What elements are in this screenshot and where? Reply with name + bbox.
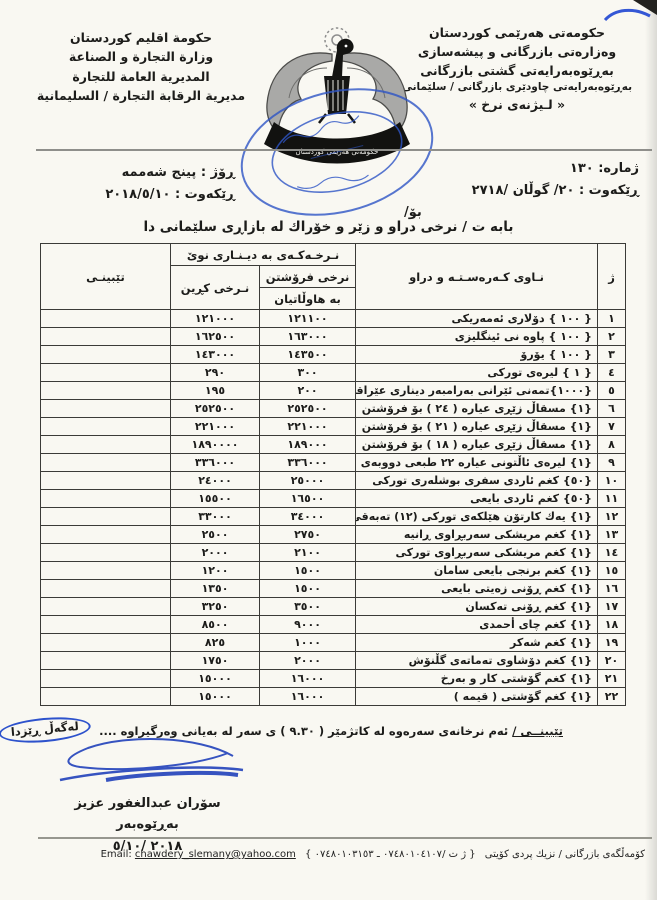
sell-price-cell: ١٥٠٠ [260,580,356,598]
price-table: ژ نـاوى كـەرەسـتـە و دراو نـرخـەكـەى بە … [40,243,626,706]
buy-price-cell: ٣٢٥٠ [171,598,260,616]
footer-address: كۆمەڵگەى بازرگانى / نزيك پردى كۆيتى [485,849,645,860]
col-header-name: نـاوى كـەرەسـتـە و دراو [356,244,598,310]
footer-phones: { ژ ت /٠٧٤٨٠١٠٤١٠٧ ـ ٠٧٤٨٠١٠٣١٥٣ } [305,849,476,860]
buy-price-cell: ٨٥٠٠ [171,616,260,634]
row-number-cell: ٢ [598,328,626,346]
sell-price-cell: ١٦٠٠٠ [260,688,356,706]
table-row: ١٦ {١} كغم ڕۆنى زەيتى بايعى ١٥٠٠ ١٣٥٠ [41,580,626,598]
table-row: ٢٢ {١} كغم گۆشتى ( قيمه ) ١٦٠٠٠ ١٥٠٠٠ [41,688,626,706]
item-name-cell: {١} كغم گۆشتى ( قيمه ) [356,688,598,706]
row-number-cell: ١٧ [598,598,626,616]
sell-price-cell: ٣٥٠٠ [260,598,356,616]
table-row: ٩ {١} ليرەى ئاڵتونى عياره ٢٢ طبعى دووبەى… [41,454,626,472]
buy-price-cell: ٢٥٠٠ [171,526,260,544]
row-number-cell: ٣ [598,346,626,364]
item-name-cell: { ١٠٠ } دۆلارى ئەمەريكى [356,310,598,328]
col-header-price-group: نـرخـەكـەى بە ديـنـارى نوێ [171,244,356,266]
item-name-cell: {١} كغم گۆشتى كار و بەرخ [356,670,598,688]
row-number-cell: ١ [598,310,626,328]
letterhead-kurdish-line: حكومەتى هەرێمى كوردستان [389,24,645,43]
row-number-cell: ١٤ [598,544,626,562]
note-cell [41,400,171,418]
note-cell [41,418,171,436]
row-number-cell: ١٩ [598,634,626,652]
table-row: ٢٠ {١} كغم دۆشاوى تەماتەى گڵنۆش ٢٠٠٠ ١٧٥… [41,652,626,670]
footnote-label: تێبينــى / [512,724,563,738]
row-number-cell: ٢١ [598,670,626,688]
sell-price-cell: ٢٧٥٠ [260,526,356,544]
row-number-cell: ٩ [598,454,626,472]
item-name-cell: {١٠٠٠}تمەنى ئێرانى بەرامبەر دينارى عێراق… [356,382,598,400]
item-name-cell: {١} كغم برنجى بايعى سامان [356,562,598,580]
signature-scribble [48,730,248,796]
sell-price-cell: ١٥٠٠ [260,562,356,580]
note-cell [41,490,171,508]
buy-price-cell: ١٥٥٠٠ [171,490,260,508]
note-cell [41,436,171,454]
note-cell [41,472,171,490]
letterhead-arabic: حكومة اقليم كوردستان وزارة التجارة و الص… [26,28,256,106]
pen-mark-icon [603,4,653,26]
item-name-cell: { ١٠٠ } پاوە نى ئينگليزى [356,328,598,346]
date-block: ڕۆژ : پينج شەممە ڕێكەوت : ٢٠١٨/٥/١٠ [50,162,235,206]
row-number-cell: ١٢ [598,508,626,526]
col-header-no: ژ [598,244,626,310]
sell-price-cell: ١٤٣٥٠٠ [260,346,356,364]
row-number-cell: ٨ [598,436,626,454]
row-number-cell: ١١ [598,490,626,508]
buy-price-cell: ١٩٥ [171,382,260,400]
table-row: ٨ {١} مسقاڵ زێڕى عياره ( ١٨ ) بۆ فرۆشتن … [41,436,626,454]
letterhead-arabic-line: وزارة التجارة و الصناعة [26,47,256,66]
note-cell [41,346,171,364]
note-cell [41,580,171,598]
note-cell [41,328,171,346]
letterhead-arabic-line: المديرية العامة للتجارة [26,67,256,86]
footer-contact: كۆمەڵگەى بازرگانى / نزيك پردى كۆيتى { ژ … [92,849,645,860]
note-cell [41,508,171,526]
sell-price-cell: ١٠٠٠ [260,634,356,652]
buy-price-cell: ٢٢١٠٠٠ [171,418,260,436]
row-number-cell: ٢٠ [598,652,626,670]
page-title: بابه ت / نرخى دراو و زێر و خۆراك له بازا… [0,219,657,235]
row-number-cell: ٤ [598,364,626,382]
sell-price-cell: ٢٠٠٠ [260,652,356,670]
row-number-cell: ١٥ [598,562,626,580]
buy-price-cell: ٣٣٠٠٠ [171,508,260,526]
sell-price-cell: ٢٢١٠٠٠ [260,418,356,436]
item-name-cell: {١} مسقاڵ زێڕى عياره ( ٢٤ ) بۆ فرۆشتن [356,400,598,418]
item-name-cell: {١} كغم شەكر [356,634,598,652]
buy-price-cell: ١٦٢٥٠٠ [171,328,260,346]
sell-price-cell: ٣٤٠٠٠ [260,508,356,526]
row-number-cell: ١٣ [598,526,626,544]
table-row: ٢ { ١٠٠ } پاوە نى ئينگليزى ١٦٣٠٠٠ ١٦٢٥٠٠ [41,328,626,346]
buy-price-cell: ٣٣٦٠٠٠ [171,454,260,472]
note-cell [41,652,171,670]
note-cell [41,616,171,634]
letterhead-arabic-line: حكومة اقليم كوردستان [26,28,256,47]
row-number-cell: ٧ [598,418,626,436]
buy-price-cell: ١٣٥٠ [171,580,260,598]
note-cell [41,526,171,544]
item-name-cell: {١} ليرەى ئاڵتونى عياره ٢٢ طبعى دووبەى [356,454,598,472]
note-cell [41,382,171,400]
item-name-cell: {١} يەك كارتۆن هێلكەى توركى (١٢) تەبەقى [356,508,598,526]
table-row: ١٧ {١} كغم ڕۆنى تەكسان ٣٥٠٠ ٣٢٥٠ [41,598,626,616]
signer-title: بەڕێوەبەر [50,814,245,835]
note-cell [41,454,171,472]
table-row: ٣ { ١٠٠ } يۆرۆ ١٤٣٥٠٠ ١٤٣٠٠٠ [41,346,626,364]
buy-price-cell: ١٧٥٠ [171,652,260,670]
row-number-cell: ١٨ [598,616,626,634]
sell-price-cell: ٢٥٠٠٠ [260,472,356,490]
item-name-cell: {١} كغم دۆشاوى تەماتەى گڵنۆش [356,652,598,670]
item-name-cell: {١} مسقاڵ زێڕى عياره ( ١٨ ) بۆ فرۆشتن [356,436,598,454]
table-row: ٤ { ١ } ليرەى توركى ٣٠٠ ٢٩٠ [41,364,626,382]
buy-price-cell: ٢٥٢٥٠٠ [171,400,260,418]
note-cell [41,562,171,580]
item-name-cell: {١} كغم ڕۆنى زەيتى بايعى [356,580,598,598]
signer-block: سۆران عبدالغفور عزيز بەڕێوەبەر ٢٠١٨ /٥/١… [50,793,245,857]
item-name-cell: { ١ } ليرەى توركى [356,364,598,382]
header-divider [36,149,652,151]
table-row: ٧ {١} مسقاڵ زێڕى عياره ( ٢١ ) بۆ فرۆشتن … [41,418,626,436]
sell-price-cell: ٢٥٢٥٠٠ [260,400,356,418]
item-name-cell: {١} كغم مريشكى سەربڕاوى توركى [356,544,598,562]
table-row: ٥ {١٠٠٠}تمەنى ئێرانى بەرامبەر دينارى عێر… [41,382,626,400]
item-name-cell: {١} مسقاڵ زێڕى عياره ( ٢١ ) بۆ فرۆشتن [356,418,598,436]
table-row: ١٢ {١} يەك كارتۆن هێلكەى توركى (١٢) تەبە… [41,508,626,526]
note-cell [41,544,171,562]
item-name-cell: {٥٠} كغم ئاردى سفرى بوشلەرى توركى [356,472,598,490]
sell-price-cell: ٩٠٠٠ [260,616,356,634]
buy-price-cell: ١٢١٠٠٠ [171,310,260,328]
table-row: ١٨ {١} كغم چاى أحمدى ٩٠٠٠ ٨٥٠٠ [41,616,626,634]
sell-price-cell: ١٢١١٠٠ [260,310,356,328]
table-header-row: ژ نـاوى كـەرەسـتـە و دراو نـرخـەكـەى بە … [41,244,626,266]
col-header-sell: نرخى فرۆشتن [260,266,356,288]
scanned-price-list-document: حكومەتى هەرێمى كوردستان وەزارەتى بازرگان… [0,0,657,900]
note-cell [41,688,171,706]
col-header-buy: نـرخى كڕين [171,266,260,310]
note-cell [41,364,171,382]
buy-price-cell: ١٢٠٠ [171,562,260,580]
sell-price-cell: ١٦٠٠٠ [260,670,356,688]
ref-number: ژماره: ١٣٠ [394,158,639,180]
sell-price-cell: ١٦٣٠٠٠ [260,328,356,346]
item-name-cell: {١} كغم مريشكى سەربڕاوى ڕانيه [356,526,598,544]
note-cell [41,634,171,652]
table-row: ١٥ {١} كغم برنجى بايعى سامان ١٥٠٠ ١٢٠٠ [41,562,626,580]
table-row: ٢١ {١} كغم گۆشتى كار و بەرخ ١٦٠٠٠ ١٥٠٠٠ [41,670,626,688]
row-number-cell: ٢٢ [598,688,626,706]
ref-date-kurdish: ڕێكەوت : ٢٠/ گوڵان /٢٧١٨ [394,180,639,202]
sell-price-cell: ٢١٠٠ [260,544,356,562]
note-cell [41,670,171,688]
col-header-sell-sub: بە هاوڵاتيان [260,288,356,310]
table-row: ١ { ١٠٠ } دۆلارى ئەمەريكى ١٢١١٠٠ ١٢١٠٠٠ [41,310,626,328]
item-name-cell: {١} كغم ڕۆنى تەكسان [356,598,598,616]
footer-email: chawdery_slemany@yahoo.com [135,849,296,860]
row-number-cell: ٦ [598,400,626,418]
table-row: ٦ {١} مسقاڵ زێڕى عياره ( ٢٤ ) بۆ فرۆشتن … [41,400,626,418]
table-row: ١٤ {١} كغم مريشكى سەربڕاوى توركى ٢١٠٠ ٢٠… [41,544,626,562]
footer-divider [38,837,652,839]
scan-edge-shadow [645,0,657,900]
row-number-cell: ١٠ [598,472,626,490]
buy-price-cell: ١٥٠٠٠ [171,670,260,688]
table-row: ١٣ {١} كغم مريشكى سەربڕاوى ڕانيه ٢٧٥٠ ٢٥… [41,526,626,544]
sell-price-cell: ١٦٥٠٠ [260,490,356,508]
doc-day: ڕۆژ : پينج شەممە [50,162,235,184]
buy-price-cell: ٢٠٠٠ [171,544,260,562]
sell-price-cell: ١٨٩٠٠٠ [260,436,356,454]
reference-block: ژماره: ١٣٠ ڕێكەوت : ٢٠/ گوڵان /٢٧١٨ بۆ/ [394,158,639,224]
table-row: ١١ {٥٠} كغم ئاردى بايعى ١٦٥٠٠ ١٥٥٠٠ [41,490,626,508]
note-cell [41,310,171,328]
table-row: ١٩ {١} كغم شەكر ١٠٠٠ ٨٢٥ [41,634,626,652]
letterhead-arabic-line: مديرية الرقابة التجارة / السليمانية [26,86,256,105]
sell-price-cell: ٣٣٦٠٠٠ [260,454,356,472]
sell-price-cell: ٢٠٠ [260,382,356,400]
table-row: ١٠ {٥٠} كغم ئاردى سفرى بوشلەرى توركى ٢٥٠… [41,472,626,490]
buy-price-cell: ١٥٠٠٠ [171,688,260,706]
buy-price-cell: ٢٩٠ [171,364,260,382]
col-header-notes: تێبينـى [41,244,171,310]
buy-price-cell: ٨٢٥ [171,634,260,652]
item-name-cell: { ١٠٠ } يۆرۆ [356,346,598,364]
signer-name: سۆران عبدالغفور عزيز [50,793,245,814]
footer-email-group: Email: chawdery_slemany@yahoo.com [101,849,296,860]
note-cell [41,598,171,616]
item-name-cell: {٥٠} كغم ئاردى بايعى [356,490,598,508]
row-number-cell: ٥ [598,382,626,400]
footer-email-label: Email: [101,849,132,860]
buy-price-cell: ٢٤٠٠٠ [171,472,260,490]
row-number-cell: ١٦ [598,580,626,598]
sell-price-cell: ٣٠٠ [260,364,356,382]
doc-date: ڕێكەوت : ٢٠١٨/٥/١٠ [50,184,235,206]
buy-price-cell: ١٤٣٠٠٠ [171,346,260,364]
buy-price-cell: ١٨٩٠٠٠٠ [171,436,260,454]
letterhead-kurdish-line: وەزارەتى بازرگانى و پيشەسازى [389,43,645,62]
item-name-cell: {١} كغم چاى أحمدى [356,616,598,634]
